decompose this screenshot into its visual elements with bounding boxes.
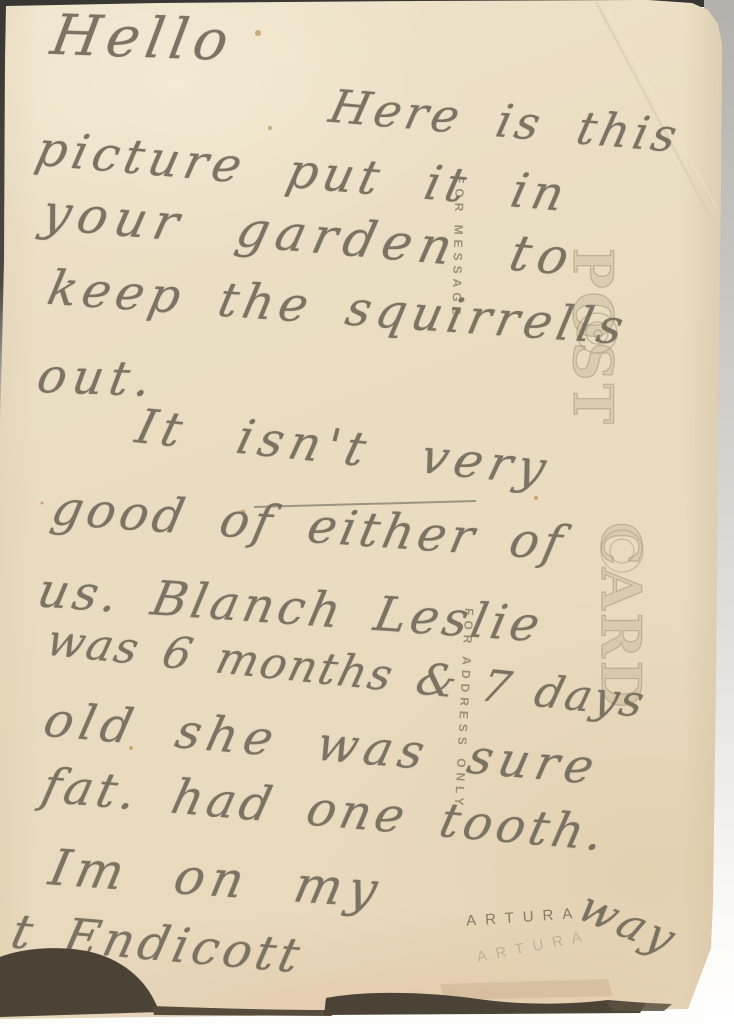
handwritten-line: Hello xyxy=(46,3,239,74)
handwritten-line: out. xyxy=(33,348,161,408)
